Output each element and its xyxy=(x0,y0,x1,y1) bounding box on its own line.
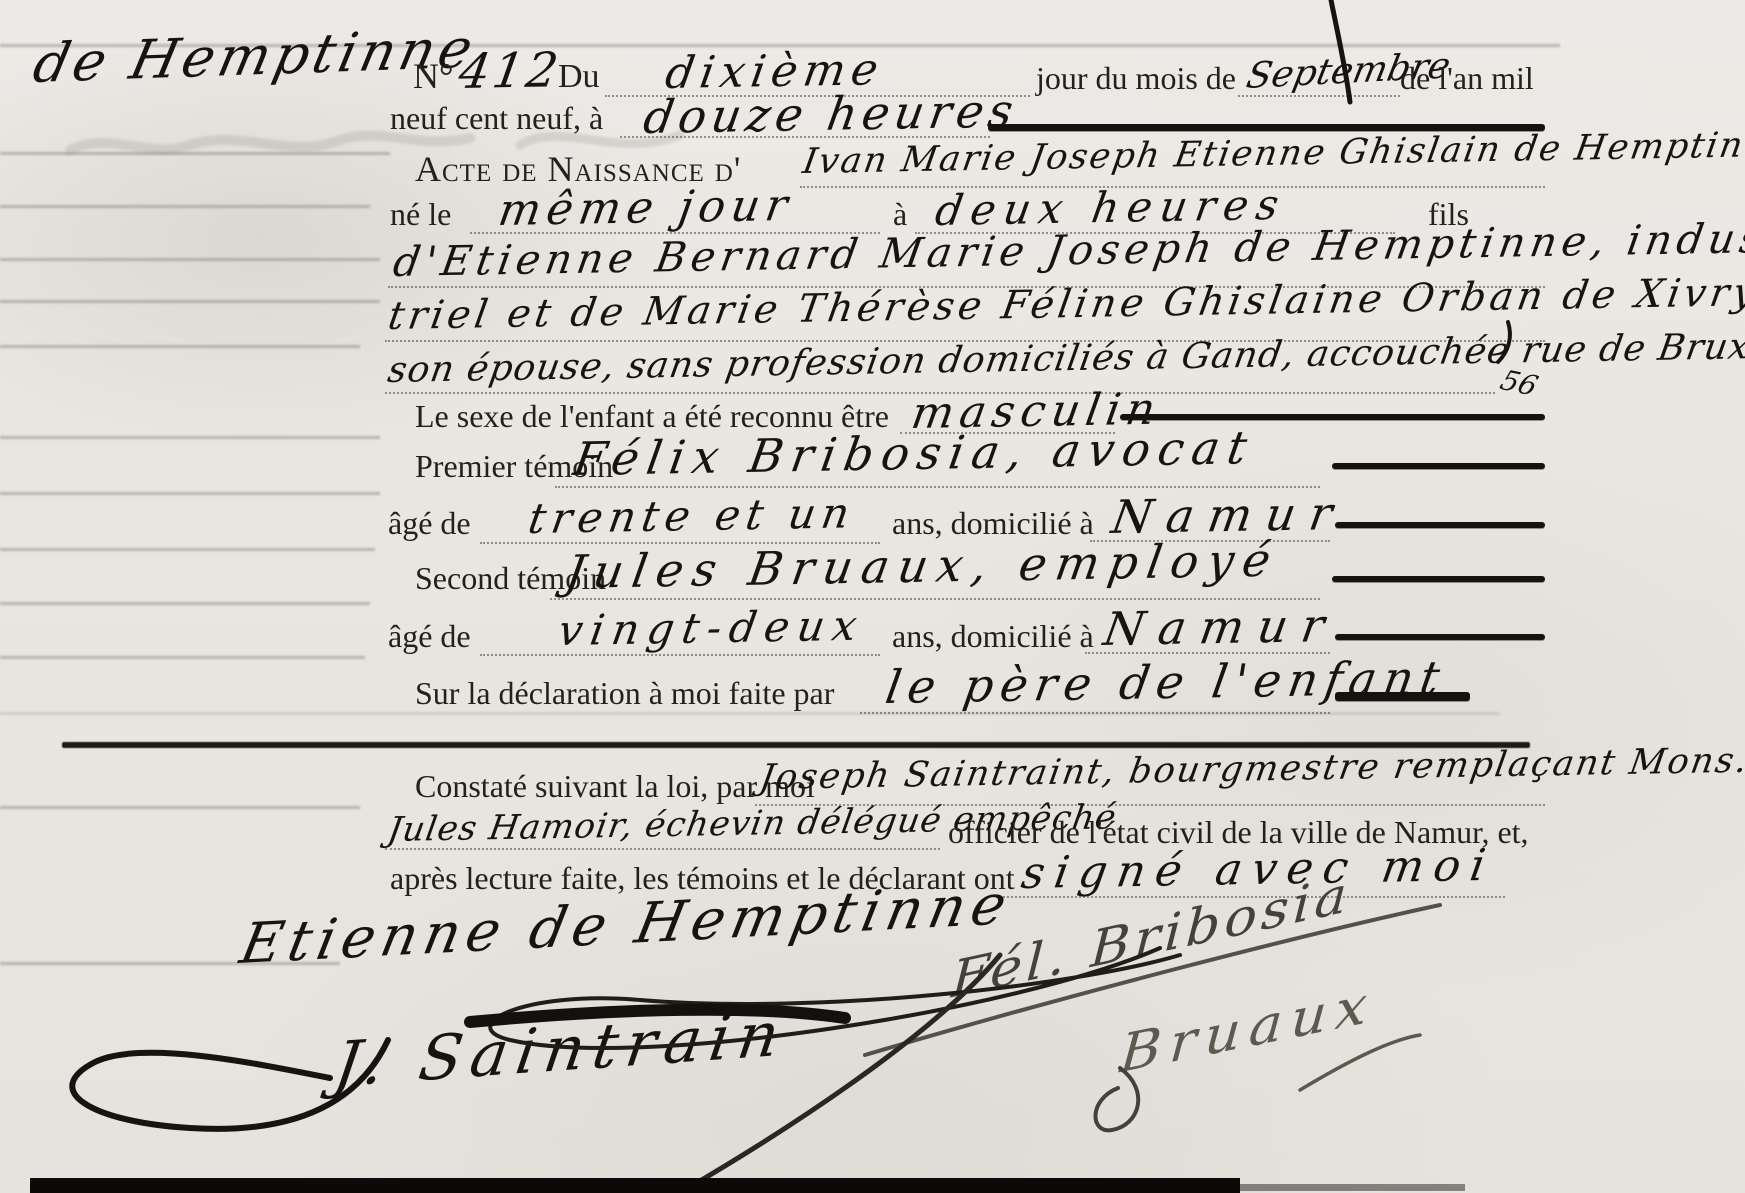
bleed-line xyxy=(0,436,380,439)
temoin1-value: Félix Bribosia, avocat xyxy=(570,420,1259,486)
age1-label: âgé de xyxy=(388,505,471,542)
ne-le-label: né le xyxy=(390,196,451,233)
year-label: de l'an mil xyxy=(1400,60,1534,97)
month-label: jour du mois de xyxy=(1036,60,1236,97)
number-label: N° xyxy=(413,55,453,97)
ink-bar xyxy=(1332,463,1545,469)
temoin1-age: trente et un xyxy=(525,488,859,543)
ink-bar xyxy=(1335,634,1545,640)
age2-label: âgé de xyxy=(388,618,471,655)
ink-bar xyxy=(1332,576,1545,582)
ans2-label: ans, domicilié à xyxy=(892,618,1094,655)
declaration-value: le père de l'enfant xyxy=(882,650,1450,714)
year-line2-label: neuf cent neuf, à xyxy=(390,100,603,137)
temoin2-age: vingt-deux xyxy=(555,601,868,655)
bleed-line xyxy=(0,656,365,659)
temoin2-city: Namur xyxy=(1100,598,1342,656)
bleed-line xyxy=(0,300,380,303)
du-label: Du xyxy=(558,58,600,96)
officiant-line1: Joseph Saintraint, bourgmestre remplaçan… xyxy=(757,741,1745,798)
ink-bar xyxy=(1335,692,1470,701)
birth-certificate-scan: de Hemptinne N° 412 Du dixième jour du m… xyxy=(0,0,1745,1193)
ink-bar xyxy=(1120,414,1545,420)
bleed-line xyxy=(0,152,390,155)
bleed-line xyxy=(0,806,360,809)
scan-edge-fade xyxy=(1240,1184,1465,1191)
bleed-line xyxy=(0,345,360,348)
bleed-line xyxy=(0,602,370,605)
fillin-rule xyxy=(480,654,880,656)
act-hour: douze heures xyxy=(640,84,1022,144)
bleed-line xyxy=(0,258,380,261)
bleed-line xyxy=(0,548,375,551)
a-label: à xyxy=(893,196,907,233)
section-rule xyxy=(62,742,1530,748)
birth-day: même jour xyxy=(495,180,797,236)
ink-bar xyxy=(1335,522,1545,528)
bleed-line xyxy=(0,205,370,208)
constate-label: Constaté suivant la loi, par moi xyxy=(415,768,815,805)
declaration-label: Sur la déclaration à moi faite par xyxy=(415,675,834,712)
act-number: 412 xyxy=(455,42,565,100)
bleed-line xyxy=(0,492,380,495)
signature-officiant: J. Saintrain xyxy=(330,997,792,1101)
signature-temoin2: Bruaux xyxy=(1118,972,1378,1085)
scan-edge xyxy=(30,1178,1240,1193)
temoin2-value: Jules Bruaux, employé xyxy=(562,533,1283,599)
